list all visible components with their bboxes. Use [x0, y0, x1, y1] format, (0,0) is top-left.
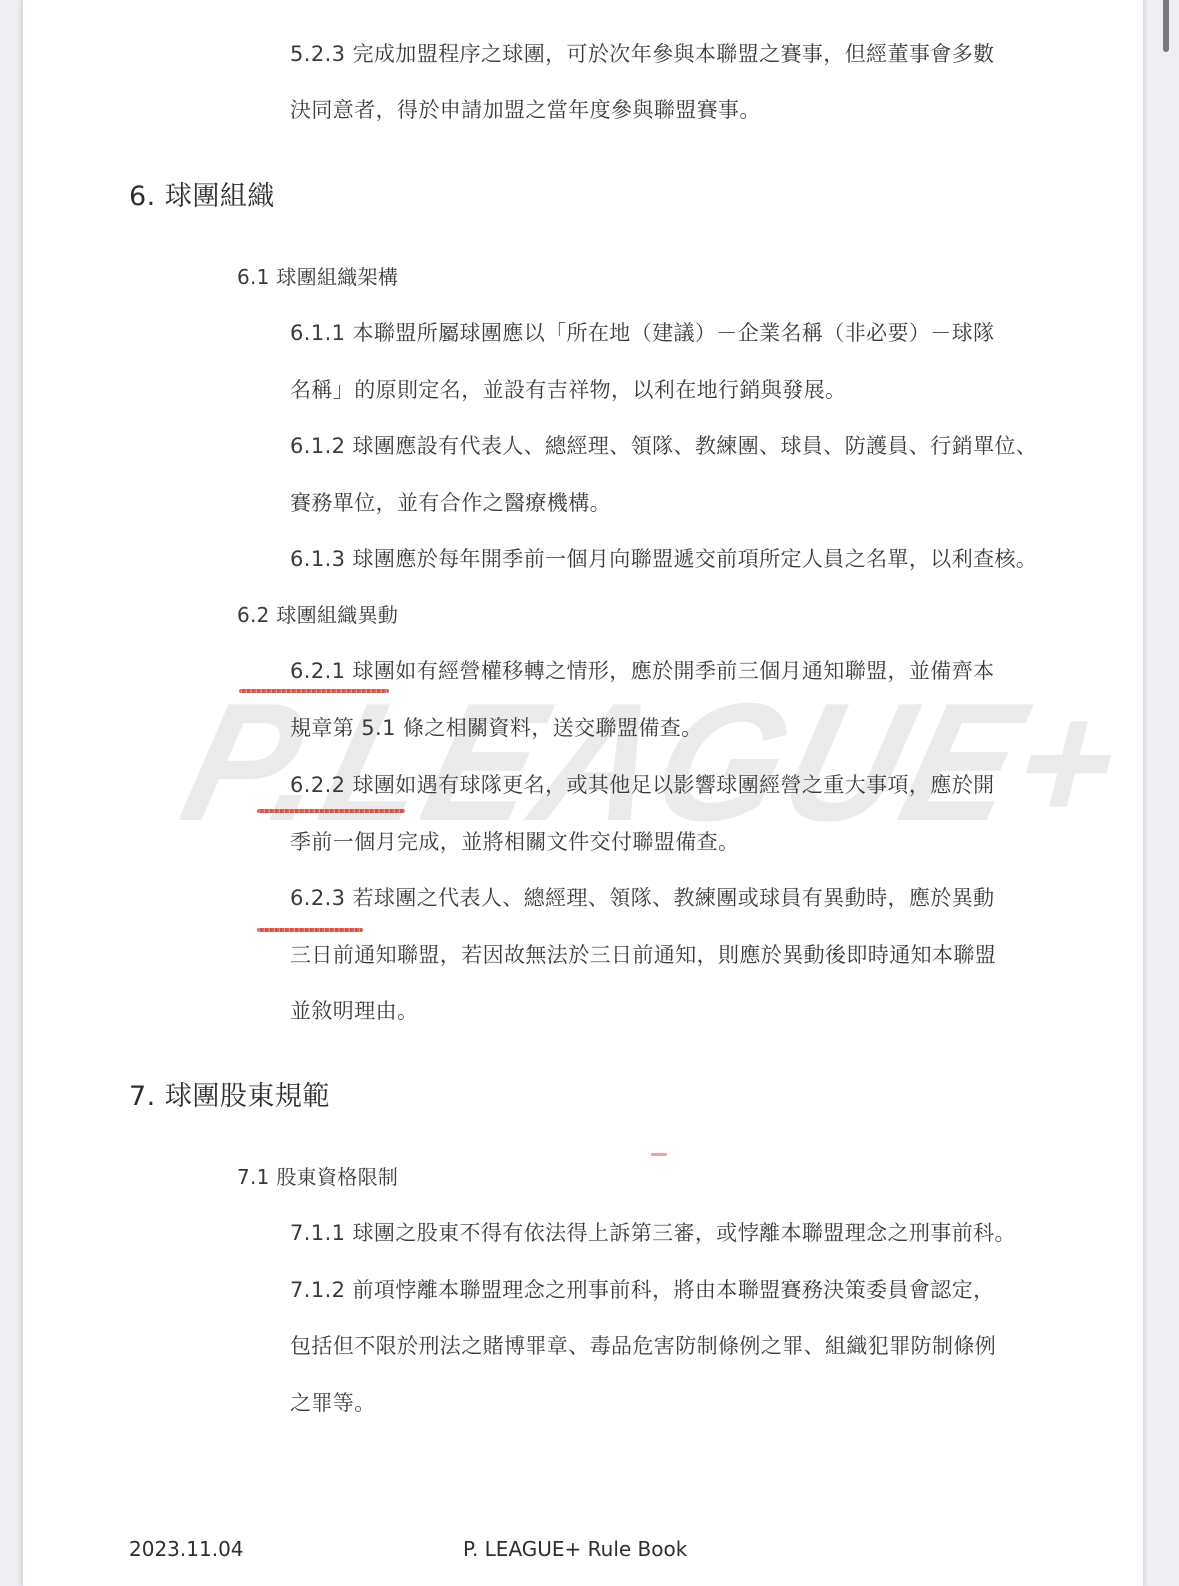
document-page: P.LEAGUE+ 5.2.3 完成加盟程序之球團，可於次年參與本聯盟之賽事，但…: [22, 0, 1144, 1586]
vertical-scrollbar[interactable]: [1146, 0, 1160, 1586]
clause-7-1-2-line-2: 包括但不限於刑法之賭博罪章、毒品危害防制條例之罪、組織犯罪防制條例: [290, 1332, 996, 1360]
clause-6-2-3-line-2: 三日前通知聯盟，若因故無法於三日前通知，則應於異動後即時通知本聯盟: [290, 941, 996, 969]
stray-annotation-mark: [651, 1153, 667, 1156]
section-heading-7: 7. 球團股東規範: [129, 1080, 330, 1114]
red-underline-annotation: [257, 809, 405, 813]
footer-title: P. LEAGUE+ Rule Book: [463, 1536, 687, 1562]
clause-6-1-2-line-1: 6.1.2 球團應設有代表人、總經理、領隊、教練團、球員、防護員、行銷單位、: [290, 432, 1037, 460]
clause-6-2-2-line-1: 6.2.2 球團如遇有球隊更名，或其他足以影響球團經營之重大事項，應於開: [290, 771, 995, 799]
clause-6-1-1-line-1: 6.1.1 本聯盟所屬球團應以「所在地（建議）－企業名稱（非必要）－球隊: [290, 319, 995, 347]
subsection-heading-6-2: 6.2 球團組織異動: [237, 601, 398, 629]
clause-6-1-3-line-1: 6.1.3 球團應於每年開季前一個月向聯盟遞交前項所定人員之名單，以利查核。: [290, 545, 1037, 573]
scrollbar-thumb[interactable]: [1163, 0, 1169, 52]
clause-6-2-3-line-3: 並敘明理由。: [290, 997, 418, 1025]
red-underline-annotation: [239, 689, 389, 693]
footer-date: 2023.11.04: [129, 1536, 244, 1562]
red-underline-annotation: [257, 928, 363, 932]
clause-7-1-2-line-1: 7.1.2 前項悖離本聯盟理念之刑事前科，將由本聯盟賽務決策委員會認定，: [290, 1276, 995, 1304]
subsection-heading-6-1: 6.1 球團組織架構: [237, 263, 398, 291]
clause-7-1-1-line-1: 7.1.1 球團之股東不得有依法得上訴第三審，或悖離本聯盟理念之刑事前科。: [290, 1219, 1016, 1247]
clause-6-2-3-line-1: 6.2.3 若球團之代表人、總經理、領隊、教練團或球員有異動時，應於異動: [290, 884, 995, 912]
clause-6-2-1-line-1: 6.2.1 球團如有經營權移轉之情形，應於開季前三個月通知聯盟，並備齊本: [290, 657, 995, 685]
clause-6-2-1-line-2: 規章第 5.1 條之相關資料，送交聯盟備查。: [290, 714, 703, 742]
section-heading-6: 6. 球團組織: [129, 180, 275, 214]
clause-6-2-2-line-2: 季前一個月完成，並將相關文件交付聯盟備查。: [290, 828, 739, 856]
clause-6-1-1-line-2: 名稱」的原則定名，並設有吉祥物，以利在地行銷與發展。: [290, 376, 846, 404]
clause-7-1-2-line-3: 之罪等。: [290, 1389, 376, 1417]
clause-5-2-3-line-1: 5.2.3 完成加盟程序之球團，可於次年參與本聯盟之賽事，但經董事會多數: [290, 40, 995, 68]
subsection-heading-7-1: 7.1 股東資格限制: [237, 1163, 398, 1191]
clause-5-2-3-line-2: 決同意者，得於申請加盟之當年度參與聯盟賽事。: [290, 96, 761, 124]
document-viewer: P.LEAGUE+ 5.2.3 完成加盟程序之球團，可於次年參與本聯盟之賽事，但…: [0, 0, 1179, 1586]
clause-6-1-2-line-2: 賽務單位，並有合作之醫療機構。: [290, 489, 611, 517]
